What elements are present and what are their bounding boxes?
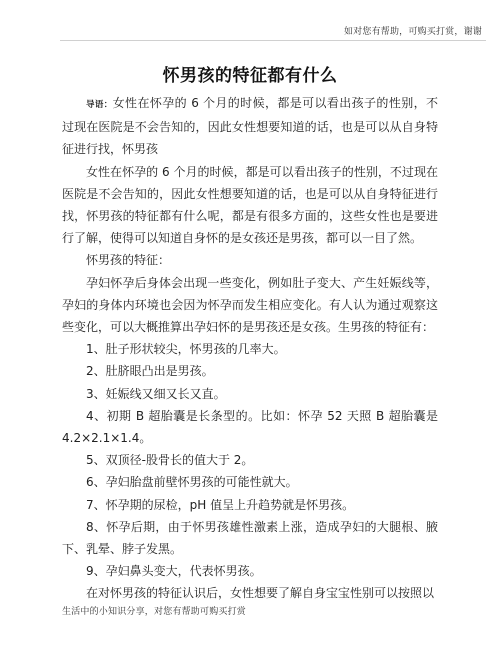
list-item: 8、怀孕后期，由于怀男孩雄性激素上涨，造成孕妇的大腿根、腋下、乳晕、脖子发黑。: [62, 516, 438, 560]
document-body: 导语：女性在怀孕的 6 个月的时候，都是可以看出孩子的性别，不过现在医院是不会告…: [62, 92, 438, 605]
list-item: 7、怀孕期的尿检，pH 值呈上升趋势就是怀男孩。: [62, 494, 438, 516]
list-item: 1、肚子形状较尖，怀男孩的几率大。: [62, 338, 438, 360]
document-title: 怀男孩的特征都有什么: [0, 61, 500, 86]
section-heading: 怀男孩的特征：: [62, 249, 438, 271]
list-item: 3、妊娠线又细又长又直。: [62, 383, 438, 405]
body-paragraph: 孕妇怀孕后身体会出现一些变化，例如肚子变大、产生妊娠线等，孕妇的身体内环境也会因…: [62, 272, 438, 339]
page-footer-note: 生活中的小知识分享，对您有帮助可购买打赏: [62, 604, 246, 617]
header-divider: [60, 40, 486, 41]
list-item: 9、孕妇鼻头变大，代表怀男孩。: [62, 560, 438, 582]
lead-text: 女性在怀孕的 6 个月的时候，都是可以看出孩子的性别，不过现在医院是不会告知的，…: [62, 96, 438, 156]
page-header-note: 如对您有帮助，可购买打赏，谢谢: [344, 24, 482, 37]
lead-paragraph: 导语：女性在怀孕的 6 个月的时候，都是可以看出孩子的性别，不过现在医院是不会告…: [62, 92, 438, 161]
list-item: 4、初期 B 超胎囊是长条型的。比如：怀孕 52 天照 B 超胎囊是 4.2×2…: [62, 405, 438, 449]
lead-label: 导语：: [86, 100, 113, 110]
body-paragraph: 女性在怀孕的 6 个月的时候，都是可以看出孩子的性别，不过现在医院是不会告知的，…: [62, 161, 438, 250]
list-item: 6、孕妇胎盘前壁怀男孩的可能性就大。: [62, 471, 438, 493]
list-item: 2、肚脐眼凸出是男孩。: [62, 360, 438, 382]
list-item: 5、双顶径-股骨长的值大于 2。: [62, 449, 438, 471]
closing-paragraph: 在对怀男孩的特征认识后，女性想要了解自身宝宝性别可以按照以: [62, 582, 438, 604]
